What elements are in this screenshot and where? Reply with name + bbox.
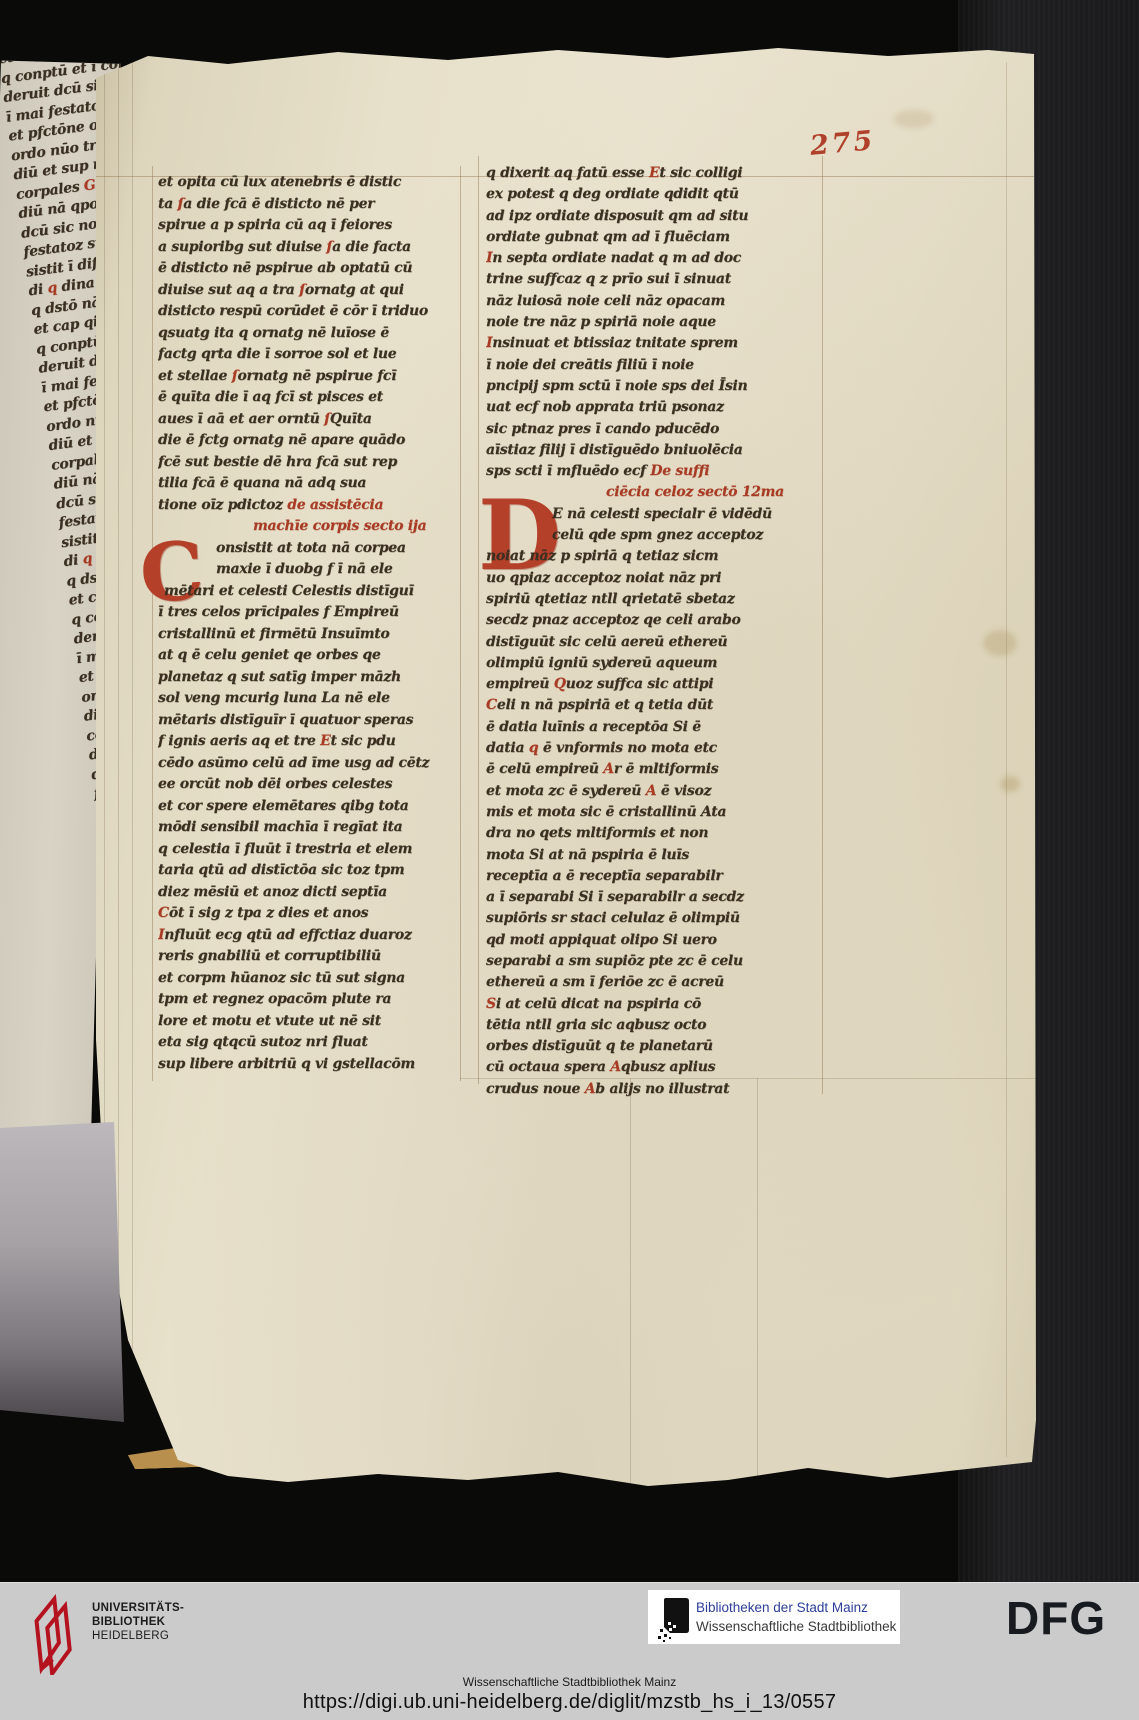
footer-bar: UNIVERSITÄTS- BIBLIOTHEK HEIDELBERG Bibl…: [0, 1582, 1139, 1720]
manuscript-line: Si at celū dicat na pspiria cō: [486, 994, 824, 1015]
manuscript-line: et corpm hūanoz sic tū sut signa: [158, 968, 466, 990]
manuscript-line: mētaris distīguīr ī quatuor speras: [158, 710, 466, 732]
parchment-crease: [757, 1078, 758, 1508]
brown-ink-text: sic ptnaz pres ī cando pducēdo: [486, 421, 719, 437]
brown-ink-text: ē visoz: [656, 783, 711, 799]
brown-ink-text: E nā celesti specialr ē vidēdū: [552, 506, 772, 522]
brown-ink-text: supiōris sr staci celulaz ē olimpiū: [486, 910, 740, 926]
brown-ink-text: q celestia ī fluūt ī trestria et elem: [158, 841, 412, 857]
ruling-vertical: [1006, 62, 1007, 1457]
brown-ink-text: maxie ī duobg f ī nā ele: [216, 561, 392, 577]
red-ink-text: machīe corpis secto ija: [253, 518, 426, 534]
brown-ink-text: datia: [486, 740, 529, 756]
manuscript-line: datia q ē vnformis no mota etc: [486, 738, 824, 759]
brown-ink-text: ethereū a sm ī feriōe zc ē acreū: [486, 974, 724, 990]
parchment-crease: [630, 1078, 631, 1498]
manuscript-line: Insinuat et btissiaz tnitate sprem: [486, 333, 824, 354]
brown-ink-text: et opita cū lux atenebris ē distic: [158, 174, 401, 190]
brown-ink-text: empireū: [486, 676, 554, 692]
red-ink-text: q: [529, 740, 539, 756]
brown-ink-text: ī noie dei creātis filiū ī noie: [486, 357, 694, 373]
brown-ink-text: diuise sut aq a tra: [158, 282, 299, 298]
manuscript-line: q celestia ī fluūt ī trestria et elem: [158, 839, 466, 861]
brown-ink-text: ex potest q deg ordiate qdidit qtū: [486, 186, 739, 202]
manuscript-line: supiōris sr staci celulaz ē olimpiū: [486, 908, 824, 929]
brown-ink-text: secdz pnaz acceptoz qe celi arabo: [486, 612, 741, 628]
ruling-vertical: [152, 166, 153, 1081]
manuscript-line: sps scti ī mfluēdo ecf De suffi: [486, 461, 824, 482]
manuscript-line: uat ecf nob apprata triū psonaz: [486, 397, 824, 418]
manuscript-line: spirue a p spiria cū aq ī feiores: [158, 215, 466, 237]
manuscript-line: ī tres celos prīcipales f Empireū: [158, 602, 466, 624]
brown-ink-text: ē celū empireū: [486, 761, 603, 777]
brown-ink-text: ē datia luīnis a receptōa Si ē: [486, 719, 701, 735]
manuscript-line: ē quīta die ī aq fcī st pisces et: [158, 387, 466, 409]
manuscript-line: planetaz q sut satīg imper māzh: [158, 667, 466, 689]
manuscript-line: et cor spere elemētares qibg tota: [158, 796, 466, 818]
manuscript-line: Celi n nā pspiriā et q tetia dūt: [486, 695, 824, 716]
manuscript-line: mis et mota sic ē cristallinū Ata: [486, 802, 824, 823]
heidelberg-line2: BIBLIOTHEK: [92, 1615, 184, 1629]
manuscript-line: lore et motu et vtute ut nē sit: [158, 1011, 466, 1033]
parchment-stain: [983, 630, 1017, 656]
manuscript-line: ē disticto nē pspirue ab optatū cū: [158, 258, 466, 280]
brown-ink-text: q dixerit aq fatū esse: [486, 165, 649, 181]
brown-ink-text: cristallinū et firmētū Insuīmto: [158, 626, 389, 642]
mainz-line2: Wissenschaftliche Stadtbibliothek: [696, 1617, 896, 1636]
brown-ink-text: uat ecf nob apprata triū psonaz: [486, 399, 724, 415]
red-ink-text: A: [603, 761, 614, 777]
manuscript-line: factg qrta die ī sorroe sol et lue: [158, 344, 466, 366]
red-ink-text: S: [486, 996, 496, 1012]
manuscript-line: dra no qets mltiformis et non: [486, 823, 824, 844]
brown-ink-text: noiat nāz p spiriā q tetiaz sicm: [486, 548, 718, 564]
manuscript-line: In septa ordiate nadat q m ad doc: [486, 248, 824, 269]
manuscript-line: receptīa a ē receptīa separabilr: [486, 866, 824, 887]
manuscript-line: cēdo asūmo celū ad īme usg ad cētz: [158, 753, 466, 775]
manuscript-line: machīe corpis secto ija: [158, 516, 466, 538]
brown-ink-text: ē vnformis no mota etc: [538, 740, 717, 756]
mainz-line1: Bibliotheken der Stadt Mainz: [696, 1598, 896, 1617]
manuscript-line: olimpiū igniū sydereū aqueum: [486, 653, 824, 674]
mainz-library-label: Bibliotheken der Stadt Mainz Wissenschaf…: [696, 1598, 896, 1636]
brown-ink-text: fcē sut bestie dē hra fcā sut rep: [158, 454, 397, 470]
brown-ink-text: planetaz q sut satīg imper māzh: [158, 669, 401, 685]
manuscript-line: mētari et celesti Celestis distīguī: [158, 581, 466, 603]
red-ink-text: E: [320, 733, 330, 749]
parchment-stain: [894, 110, 934, 128]
heidelberg-library-label: UNIVERSITÄTS- BIBLIOTHEK HEIDELBERG: [92, 1601, 184, 1643]
manuscript-line: crudus noue Ab alijs no illustrat: [486, 1079, 824, 1100]
manuscript-line: onsistit at tota nā corpea: [158, 538, 466, 560]
dfg-logo: DFG: [1006, 1591, 1106, 1645]
manuscript-scan-photo: et cap qiuctōe ubi rulq conptū et ī conp…: [0, 0, 1139, 1720]
red-ink-text: E: [649, 165, 659, 181]
book-block-edge: [0, 1122, 124, 1422]
brown-ink-text: at q ē celu geniet qe orbes qe: [158, 647, 381, 663]
mainz-library-logo: Bibliotheken der Stadt Mainz Wissenschaf…: [648, 1590, 900, 1644]
brown-ink-text: lore et motu et vtute ut nē sit: [158, 1013, 381, 1029]
brown-ink-text: aīstiaz filij ī distīguēdo bniuolēcia: [486, 442, 743, 458]
brown-ink-text: aues ī aā et aer orntū: [158, 411, 324, 427]
manuscript-line: die ē fctg ornatg nē apare quādo: [158, 430, 466, 452]
brown-ink-text: Quīta: [330, 411, 372, 427]
manuscript-line: taria qtū ad distīctōa sic toz tpm: [158, 860, 466, 882]
brown-ink-text: i at celū dicat na pspiria cō: [496, 996, 701, 1012]
manuscript-line: noiat nāz p spiriā q tetiaz sicm: [486, 546, 824, 567]
brown-ink-text: noie tre nāz p spiriā noie aque: [486, 314, 716, 330]
brown-ink-text: pncipij spm sctū ī noie sps dei Īsin: [486, 378, 747, 394]
manuscript-line: separabi a sm supiōz pte zc ē celu: [486, 951, 824, 972]
brown-ink-text: a die facta: [332, 239, 411, 255]
brown-ink-text: et cor spere elemētares qibg tota: [158, 798, 409, 814]
manuscript-line: noie tre nāz p spiriā noie aque: [486, 312, 824, 333]
brown-ink-text: di: [63, 552, 84, 570]
brown-ink-text: onsistit at tota nā corpea: [216, 540, 406, 556]
brown-ink-text: sps scti ī mfluēdo ecf: [486, 463, 650, 479]
brown-ink-text: ornatg at qui: [305, 282, 404, 298]
manuscript-line: maxie ī duobg f ī nā ele: [158, 559, 466, 581]
manuscript-line: eta sig qtqcū sutoz nri fluat: [158, 1032, 466, 1054]
red-ink-text: ciēcia celoz sectō 12ma: [606, 484, 784, 500]
brown-ink-text: taria qtū ad distīctōa sic toz tpm: [158, 862, 404, 878]
manuscript-line: spiriū qtetiaz ntll qrietatē sbetaz: [486, 589, 824, 610]
mainz-book-icon: [656, 1596, 692, 1642]
brown-ink-text: trine suffcaz q z prīo sui ī sinuat: [486, 271, 731, 287]
brown-ink-text: ē quīta die ī aq fcī st pisces et: [158, 389, 383, 405]
brown-ink-text: olimpiū igniū sydereū aqueum: [486, 655, 717, 671]
folio-number: 275: [809, 125, 877, 162]
manuscript-line: diuise sut aq a tra ſornatg at qui: [158, 280, 466, 302]
brown-ink-text: qbusz aplius: [621, 1059, 715, 1075]
manuscript-line: cristallinū et firmētū Insuīmto: [158, 624, 466, 646]
brown-ink-text: t sic pdu: [330, 733, 395, 749]
brown-ink-text: diez mēsiū et anoz dicti septīa: [158, 884, 387, 900]
footer-url: https://digi.ub.uni-heidelberg.de/diglit…: [0, 1691, 1139, 1714]
brown-ink-text: nāz luiosā noie celi nāz opacam: [486, 293, 725, 309]
manuscript-line: ethereū a sm ī feriōe zc ē acreū: [486, 972, 824, 993]
brown-ink-text: di: [28, 281, 49, 299]
brown-ink-text: factg qrta die ī sorroe sol et lue: [158, 346, 396, 362]
manuscript-line: E nā celesti specialr ē vidēdū: [486, 504, 824, 525]
heidelberg-line3: HEIDELBERG: [92, 1629, 184, 1643]
brown-ink-text: et mota zc ē sydereū: [486, 783, 646, 799]
brown-ink-text: n septa ordiate nadat q m ad doc: [492, 250, 741, 266]
manuscript-line: ex potest q deg ordiate qdidit qtū: [486, 184, 824, 205]
manuscript-line: et mota zc ē sydereū A ē visoz: [486, 781, 824, 802]
manuscript-line: disticto respū corūdet ē cōr ī triduo: [158, 301, 466, 323]
brown-ink-text: qsuatg ita q ornatg nē luīose ē: [158, 325, 389, 341]
manuscript-line: nāz luiosā noie celi nāz opacam: [486, 291, 824, 312]
leaf-edge-line: [132, 60, 133, 1478]
brown-ink-text: tpm et regnez opacōm plute ra: [158, 991, 391, 1007]
manuscript-line: et stellae ſornatg nē pspirue fcī: [158, 366, 466, 388]
red-ink-text: A: [646, 783, 657, 799]
brown-ink-text: separabi a sm supiōz pte zc ē celu: [486, 953, 743, 969]
brown-ink-text: ornatg nē pspirue fcī: [237, 368, 396, 384]
manuscript-line: celū qde spm gnez acceptoz: [486, 525, 824, 546]
manuscript-line: ī noie dei creātis filiū ī noie: [486, 355, 824, 376]
brown-ink-text: t sic colligi: [659, 165, 742, 181]
manuscript-line: aues ī aā et aer orntū ſQuīta: [158, 409, 466, 431]
manuscript-line: pncipij spm sctū ī noie sps dei Īsin: [486, 376, 824, 397]
brown-ink-text: eli n nā pspiriā et q tetia dūt: [497, 697, 713, 713]
brown-ink-text: uo qpiaz acceptoz noiat nāz pri: [486, 570, 721, 586]
manuscript-line: diez mēsiū et anoz dicti septīa: [158, 882, 466, 904]
manuscript-line: Influūt ecg qtū ad effctiaz duaroz: [158, 925, 466, 947]
brown-ink-text: b alijs no illustrat: [595, 1081, 729, 1097]
brown-ink-text: tilia fcā ē quana nā adq sua: [158, 475, 366, 491]
brown-ink-text: spiriū qtetiaz ntll qrietatē sbetaz: [486, 591, 734, 607]
brown-ink-text: ōt ī sig z tpa z dies et anos: [169, 905, 368, 921]
brown-ink-text: a supioribg sut diuise: [158, 239, 326, 255]
manuscript-line: ordiate gubnat qm ad ī fluēciam: [486, 227, 824, 248]
brown-ink-text: a die fcā ē disticto nē per: [183, 196, 374, 212]
brown-ink-text: cēdo asūmo celū ad īme usg ad cētz: [158, 755, 429, 771]
brown-ink-text: distīguūt sic celū aereū ethereū: [486, 634, 727, 650]
brown-ink-text: qd moti appiquat olipo Si uero: [486, 932, 717, 948]
footer-caption: Wissenschaftliche Stadtbibliothek Mainz: [0, 1675, 1139, 1689]
brown-ink-text: reris gnabiliū et corruptibiliū: [158, 948, 381, 964]
manuscript-line: et opita cū lux atenebris ē distic: [158, 172, 466, 194]
manuscript-line: q dixerit aq fatū esse Et sic colligi: [486, 163, 824, 184]
manuscript-line: trine suffcaz q z prīo sui ī sinuat: [486, 269, 824, 290]
brown-ink-text: f ignis aeris aq et tre: [158, 733, 320, 749]
heidelberg-library-logo-icon: [28, 1593, 84, 1675]
manuscript-page: 275 C D et opita cū lux atenebris ē dist…: [88, 40, 1038, 1518]
brown-ink-text: spirue a p spiria cū aq ī feiores: [158, 217, 392, 233]
red-ink-text: C: [158, 905, 169, 921]
brown-ink-text: ē disticto nē pspirue ab optatū cū: [158, 260, 412, 276]
brown-ink-text: et corpm hūanoz sic tū sut signa: [158, 970, 405, 986]
manuscript-line: f ignis aeris aq et tre Et sic pdu: [158, 731, 466, 753]
brown-ink-text: cū octaua spera: [486, 1059, 610, 1075]
brown-ink-text: ordiate gubnat qm ad ī fluēciam: [486, 229, 730, 245]
manuscript-line: at q ē celu geniet qe orbes qe: [158, 645, 466, 667]
brown-ink-text: ad ipz ordiate disposuit qm ad situ: [486, 208, 748, 224]
brown-ink-text: dra no qets mltiformis et non: [486, 825, 708, 841]
red-ink-text: De suffi: [650, 463, 709, 479]
manuscript-line: qsuatg ita q ornatg nē luīose ē: [158, 323, 466, 345]
brown-ink-text: tione oīz pdictoz: [158, 497, 287, 513]
brown-ink-text: r ē mltiformis: [614, 761, 719, 777]
manuscript-line: orbes distīguūt q te planetarū: [486, 1036, 824, 1057]
manuscript-line: a ī separabi Si ī separabilr a secdz: [486, 887, 824, 908]
manuscript-line: tpm et regnez opacōm plute ra: [158, 989, 466, 1011]
brown-ink-text: nfluūt ecg qtū ad effctiaz duaroz: [164, 927, 411, 943]
heidelberg-line1: UNIVERSITÄTS-: [92, 1601, 184, 1615]
manuscript-line: distīguūt sic celū aereū ethereū: [486, 632, 824, 653]
manuscript-line: a supioribg sut diuise ſa die facta: [158, 237, 466, 259]
manuscript-line: tētia ntll gria sic aqbusz octo: [486, 1015, 824, 1036]
manuscript-column-left: et opita cū lux atenebris ē disticta ſa …: [158, 172, 466, 1078]
red-ink-text: Q: [554, 676, 566, 692]
brown-ink-text: nsinuat et btissiaz tnitate sprem: [492, 335, 738, 351]
brown-ink-text: die ē fctg ornatg nē apare quādo: [158, 432, 405, 448]
brown-ink-text: ta: [158, 196, 178, 212]
manuscript-line: ee orcūt nob dēi orbes celestes: [158, 774, 466, 796]
manuscript-line: Cōt ī sig z tpa z dies et anos: [158, 903, 466, 925]
brown-ink-text: et stellae: [158, 368, 232, 384]
manuscript-line: ad ipz ordiate disposuit qm ad situ: [486, 206, 824, 227]
manuscript-column-right: q dixerit aq fatū esse Et sic colligiex …: [486, 163, 824, 1103]
manuscript-line: mōdi sensibil machīa ī regīat ita: [158, 817, 466, 839]
ruling-vertical: [478, 156, 479, 1084]
manuscript-line: qd moti appiquat olipo Si uero: [486, 930, 824, 951]
brown-ink-text: mota Si at nā pspiria ē luīs: [486, 847, 689, 863]
manuscript-line: sup libere arbitriū q vi gstellacōm: [158, 1054, 466, 1076]
brown-ink-text: ī tres celos prīcipales f Empireū: [158, 604, 399, 620]
brown-ink-text: celū qde spm gnez acceptoz: [552, 527, 763, 543]
manuscript-line: secdz pnaz acceptoz qe celi arabo: [486, 610, 824, 631]
manuscript-line: tilia fcā ē quana nā adq sua: [158, 473, 466, 495]
red-ink-text: A: [610, 1059, 621, 1075]
brown-ink-text: mētari et celesti Celestis distīguī: [164, 583, 414, 599]
red-ink-text: A: [585, 1081, 596, 1097]
manuscript-line: mota Si at nā pspiria ē luīs: [486, 845, 824, 866]
parchment-stain: [1000, 776, 1020, 792]
red-ink-text: de assistēcia: [287, 497, 383, 513]
brown-ink-text: eta sig qtqcū sutoz nri fluat: [158, 1034, 368, 1050]
manuscript-line: ta ſa die fcā ē disticto nē per: [158, 194, 466, 216]
brown-ink-text: disticto respū corūdet ē cōr ī triduo: [158, 303, 428, 319]
brown-ink-text: a ī separabi Si ī separabilr a secdz: [486, 889, 744, 905]
manuscript-line: aīstiaz filij ī distīguēdo bniuolēcia: [486, 440, 824, 461]
brown-ink-text: mis et mota sic ē cristallinū Ata: [486, 804, 726, 820]
manuscript-line: ē celū empireū Ar ē mltiformis: [486, 759, 824, 780]
brown-ink-text: mētaris distīguīr ī quatuor speras: [158, 712, 413, 728]
manuscript-line: ciēcia celoz sectō 12ma: [486, 482, 824, 503]
manuscript-line: reris gnabiliū et corruptibiliū: [158, 946, 466, 968]
red-ink-text: C: [486, 697, 497, 713]
brown-ink-text: receptīa a ē receptīa separabilr: [486, 868, 723, 884]
brown-ink-text: crudus noue: [486, 1081, 585, 1097]
manuscript-line: cū octaua spera Aqbusz aplius: [486, 1057, 824, 1078]
brown-ink-text: uoz suffca sic attipi: [566, 676, 714, 692]
manuscript-line: sic ptnaz pres ī cando pducēdo: [486, 419, 824, 440]
manuscript-line: uo qpiaz acceptoz noiat nāz pri: [486, 568, 824, 589]
brown-ink-text: ee orcūt nob dēi orbes celestes: [158, 776, 392, 792]
brown-ink-text: orbes distīguūt q te planetarū: [486, 1038, 713, 1054]
brown-ink-text: sup libere arbitriū q vi gstellacōm: [158, 1056, 415, 1072]
brown-ink-text: mōdi sensibil machīa ī regīat ita: [158, 819, 402, 835]
manuscript-line: empireū Quoz suffca sic attipi: [486, 674, 824, 695]
manuscript-line: ē datia luīnis a receptōa Si ē: [486, 717, 824, 738]
manuscript-line: sol veng mcurig luna La nē ele: [158, 688, 466, 710]
brown-ink-text: tētia ntll gria sic aqbusz octo: [486, 1017, 706, 1033]
manuscript-line: fcē sut bestie dē hra fcā sut rep: [158, 452, 466, 474]
manuscript-line: tione oīz pdictoz de assistēcia: [158, 495, 466, 517]
brown-ink-text: sol veng mcurig luna La nē ele: [158, 690, 390, 706]
